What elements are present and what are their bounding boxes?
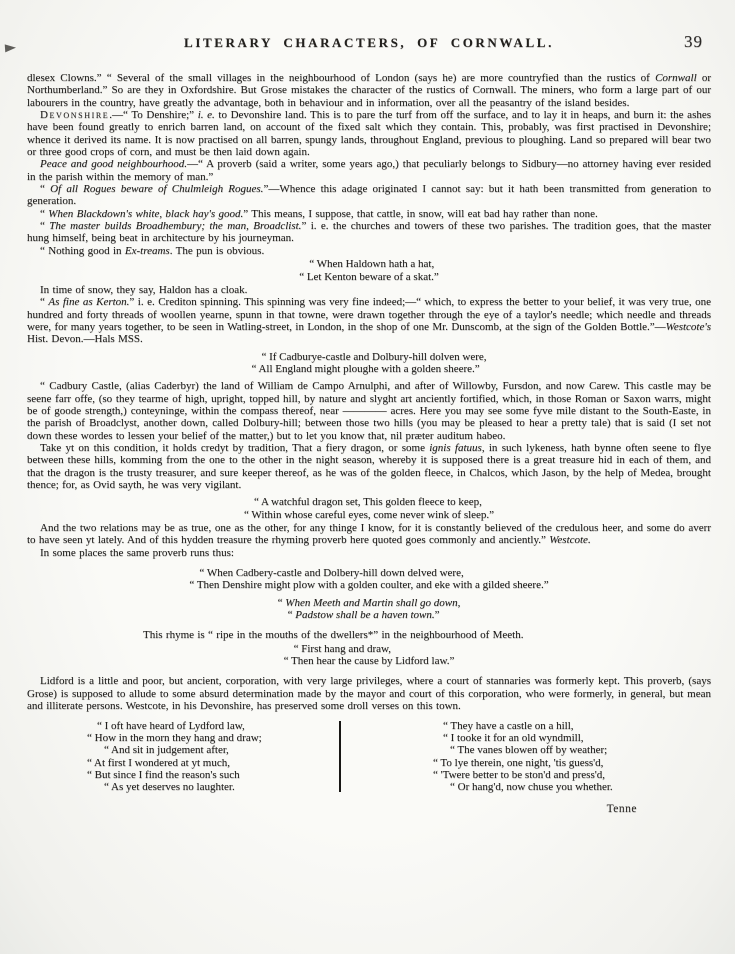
paragraph: Take yt on this condition, it holds cred… — [27, 442, 711, 491]
verse-line: “ The vanes blowen off by weather; — [450, 744, 613, 756]
paragraph: And the two relations may be as true, on… — [27, 522, 711, 547]
text-run: “ The vanes blowen off by weather; — [450, 744, 607, 756]
book-page: LITERARY CHARACTERS, OF CORNWALL. 39 dle… — [0, 0, 735, 954]
text-run: “ How in the morn they hang and draw; — [87, 732, 262, 744]
text-run: Lidford is a little and poor, but ancien… — [27, 675, 711, 712]
paragraph: Lidford is a little and poor, but ancien… — [27, 675, 711, 712]
text-run: “ — [40, 208, 48, 220]
text-run: “ Then Denshire might plow with a golden… — [189, 579, 548, 591]
text-run: “ I tooke it for an old wyndmill, — [443, 732, 584, 744]
catchword-row: Tenne — [27, 803, 711, 815]
verse-line: “ How in the morn they hang and draw; — [87, 732, 339, 744]
text-run: “ As yet deserves no laughter. — [104, 781, 235, 793]
verse-line: “ They have a castle on a hill, — [443, 720, 613, 732]
italic-text: Westcote. — [549, 534, 590, 546]
paragraph: In some places the same proverb runs thu… — [27, 547, 711, 559]
text-run: dlesex Clowns.” “ Several of the small v… — [27, 72, 655, 84]
text-run: “ They have a castle on a hill, — [443, 720, 574, 732]
verse-line: “ Let Kenton beware of a skat.” — [299, 271, 439, 283]
verse-line: “ Then hear the cause by Lidford law.” — [284, 655, 455, 667]
verse-couplet: “ When Haldown hath a hat,“ Let Kenton b… — [299, 258, 439, 283]
verse-line: “ Within whose careful eyes, come never … — [244, 509, 494, 521]
italic-text: Westcote's — [666, 321, 711, 333]
text-run: “ Let Kenton beware of a skat.” — [299, 271, 439, 283]
verse-line: “ To lye therein, one night, 'tis guess'… — [433, 757, 613, 769]
text-run: .—“ To Denshire;” — [109, 109, 197, 121]
verse-line: “ Or hang'd, now chuse you whether. — [450, 781, 613, 793]
verse-right-column: “ They have a castle on a hill,“ I tooke… — [341, 720, 613, 794]
italic-text: When Blackdown's white, black hay's good… — [48, 208, 243, 220]
verse-left-column: “ I oft have heard of Lydford law,“ How … — [27, 720, 339, 794]
verse-line: “ As yet deserves no laughter. — [104, 781, 339, 793]
text-run: “ Nothing good in — [40, 245, 125, 257]
text-run: Hist. Devon.—Hals MSS. — [27, 333, 143, 345]
paragraph: “ Of all Rogues beware of Chulmleigh Rog… — [27, 183, 711, 208]
text-run: “ At first I wondered at yt much, — [87, 757, 230, 769]
italic-text: i. e. — [198, 109, 215, 121]
text-run: “ Within whose careful eyes, come never … — [244, 509, 494, 521]
paragraph: Devonshire.—“ To Denshire;” i. e. to Dev… — [27, 109, 711, 158]
text-run: “ If Cadburye-castle and Dolbury-hill do… — [261, 351, 486, 363]
verse-line: “ I tooke it for an old wyndmill, — [443, 732, 613, 744]
italic-text: When Meeth and Martin shall go down, — [285, 597, 460, 609]
catchword: Tenne — [607, 803, 637, 815]
paragraph: “ The master builds Broadhembury; the ma… — [27, 220, 711, 245]
verse-couplet: “ First hang and draw,“ Then hear the ca… — [284, 643, 455, 668]
verse-couplet: “ When Meeth and Martin shall go down,“ … — [278, 597, 461, 622]
verse-line: “ At first I wondered at yt much, — [87, 757, 339, 769]
text-run: “ — [40, 183, 50, 195]
verse-line: “ If Cadburye-castle and Dolbury-hill do… — [261, 351, 486, 363]
verse-line: “ And sit in judgement after, — [104, 744, 339, 756]
text-run: ” This means, I suppose, that cattle, in… — [243, 208, 598, 220]
paragraph: In time of snow, they say, Haldon has a … — [27, 284, 711, 296]
verse-couplet: “ If Cadburye-castle and Dolbury-hill do… — [251, 351, 486, 376]
paragraph: This rhyme is “ ripe in the mouths of th… — [143, 629, 711, 641]
verse-line: “ Then Denshire might plow with a golden… — [189, 579, 548, 591]
text-run: ” i. e. Crediton spinning. This spinning… — [27, 296, 711, 333]
verse-line: “ When Haldown hath a hat, — [309, 258, 439, 270]
text-run: “ Cadbury Castle, (alias Caderbyr) the l… — [27, 380, 711, 441]
paragraph: Peace and good neighbourhood.—“ A prover… — [27, 158, 711, 183]
page-body: dlesex Clowns.” “ Several of the small v… — [27, 72, 711, 794]
text-run: . The pun is obvious. — [170, 245, 264, 257]
verse-line: “ A watchful dragon set, This golden fle… — [254, 496, 494, 508]
page-number: 39 — [684, 32, 703, 52]
text-run: “ I oft have heard of Lydford law, — [97, 720, 245, 732]
verse-line: “ First hang and draw, — [294, 643, 455, 655]
italic-text: Peace and good neighbourhood. — [40, 158, 187, 170]
text-run: In time of snow, they say, Haldon has a … — [40, 284, 247, 296]
paragraph: “ Cadbury Castle, (alias Caderbyr) the l… — [27, 380, 711, 442]
text-run: “ A watchful dragon set, This golden fle… — [254, 496, 482, 508]
verse-couplet: “ A watchful dragon set, This golden fle… — [244, 496, 494, 521]
italic-text: Ex-treams — [125, 245, 170, 257]
text-run: ” — [435, 609, 440, 621]
text-run: “ 'Twere better to be ston'd and press'd… — [433, 769, 605, 781]
italic-text: Cornwall — [655, 72, 697, 84]
text-run: Take yt on this condition, it holds cred… — [40, 442, 429, 454]
text-run: “ But since I find the reason's such — [87, 769, 240, 781]
margin-arrow-icon — [5, 44, 17, 53]
verse-line: “ When Meeth and Martin shall go down, — [278, 597, 461, 609]
paragraph: “ As fine as Kerton.” i. e. Crediton spi… — [27, 296, 711, 345]
verse-line: “ Padstow shall be a haven town.” — [288, 609, 461, 621]
verse-line: “ 'Twere better to be ston'd and press'd… — [433, 769, 613, 781]
italic-text: Padstow shall be a haven town. — [295, 609, 434, 621]
smallcaps-text: Devonshire — [40, 109, 109, 121]
italic-text: As fine as Kerton. — [48, 296, 129, 308]
verse-line: “ But since I find the reason's such — [87, 769, 339, 781]
page-header: LITERARY CHARACTERS, OF CORNWALL. 39 — [27, 34, 711, 60]
text-run: “ Or hang'd, now chuse you whether. — [450, 781, 613, 793]
text-run: In some places the same proverb runs thu… — [40, 547, 234, 559]
text-run: “ When Haldown hath a hat, — [309, 258, 434, 270]
two-column-verse: “ I oft have heard of Lydford law,“ How … — [27, 720, 711, 794]
italic-text: Of all Rogues beware of Chulmleigh Rogue… — [50, 183, 263, 195]
text-run: “ When Cadbery-castle and Dolbery-hill d… — [199, 567, 463, 579]
italic-text: The master builds Broadhembury; the man,… — [49, 220, 301, 232]
paragraph: “ Nothing good in Ex-treams. The pun is … — [27, 245, 711, 257]
verse-line: “ All England might ploughe with a golde… — [251, 363, 486, 375]
text-run: “ First hang and draw, — [294, 643, 391, 655]
paragraph: dlesex Clowns.” “ Several of the small v… — [27, 72, 711, 109]
verse-line: “ When Cadbery-castle and Dolbery-hill d… — [199, 567, 548, 579]
verse-line: “ I oft have heard of Lydford law, — [97, 720, 339, 732]
page-title: LITERARY CHARACTERS, OF CORNWALL. — [184, 35, 554, 51]
verse-couplet: “ When Cadbery-castle and Dolbery-hill d… — [189, 567, 548, 592]
text-run: “ To lye therein, one night, 'tis guess'… — [433, 757, 603, 769]
paragraph: “ When Blackdown's white, black hay's go… — [27, 208, 711, 220]
text-run: “ All England might ploughe with a golde… — [251, 363, 479, 375]
text-run: This rhyme is “ ripe in the mouths of th… — [143, 629, 523, 641]
text-run: And the two relations may be as true, on… — [27, 522, 711, 546]
text-run: “ — [40, 220, 49, 232]
text-run: “ And sit in judgement after, — [104, 744, 229, 756]
italic-text: ignis fatuus — [429, 442, 482, 454]
text-run: “ Then hear the cause by Lidford law.” — [284, 655, 455, 667]
